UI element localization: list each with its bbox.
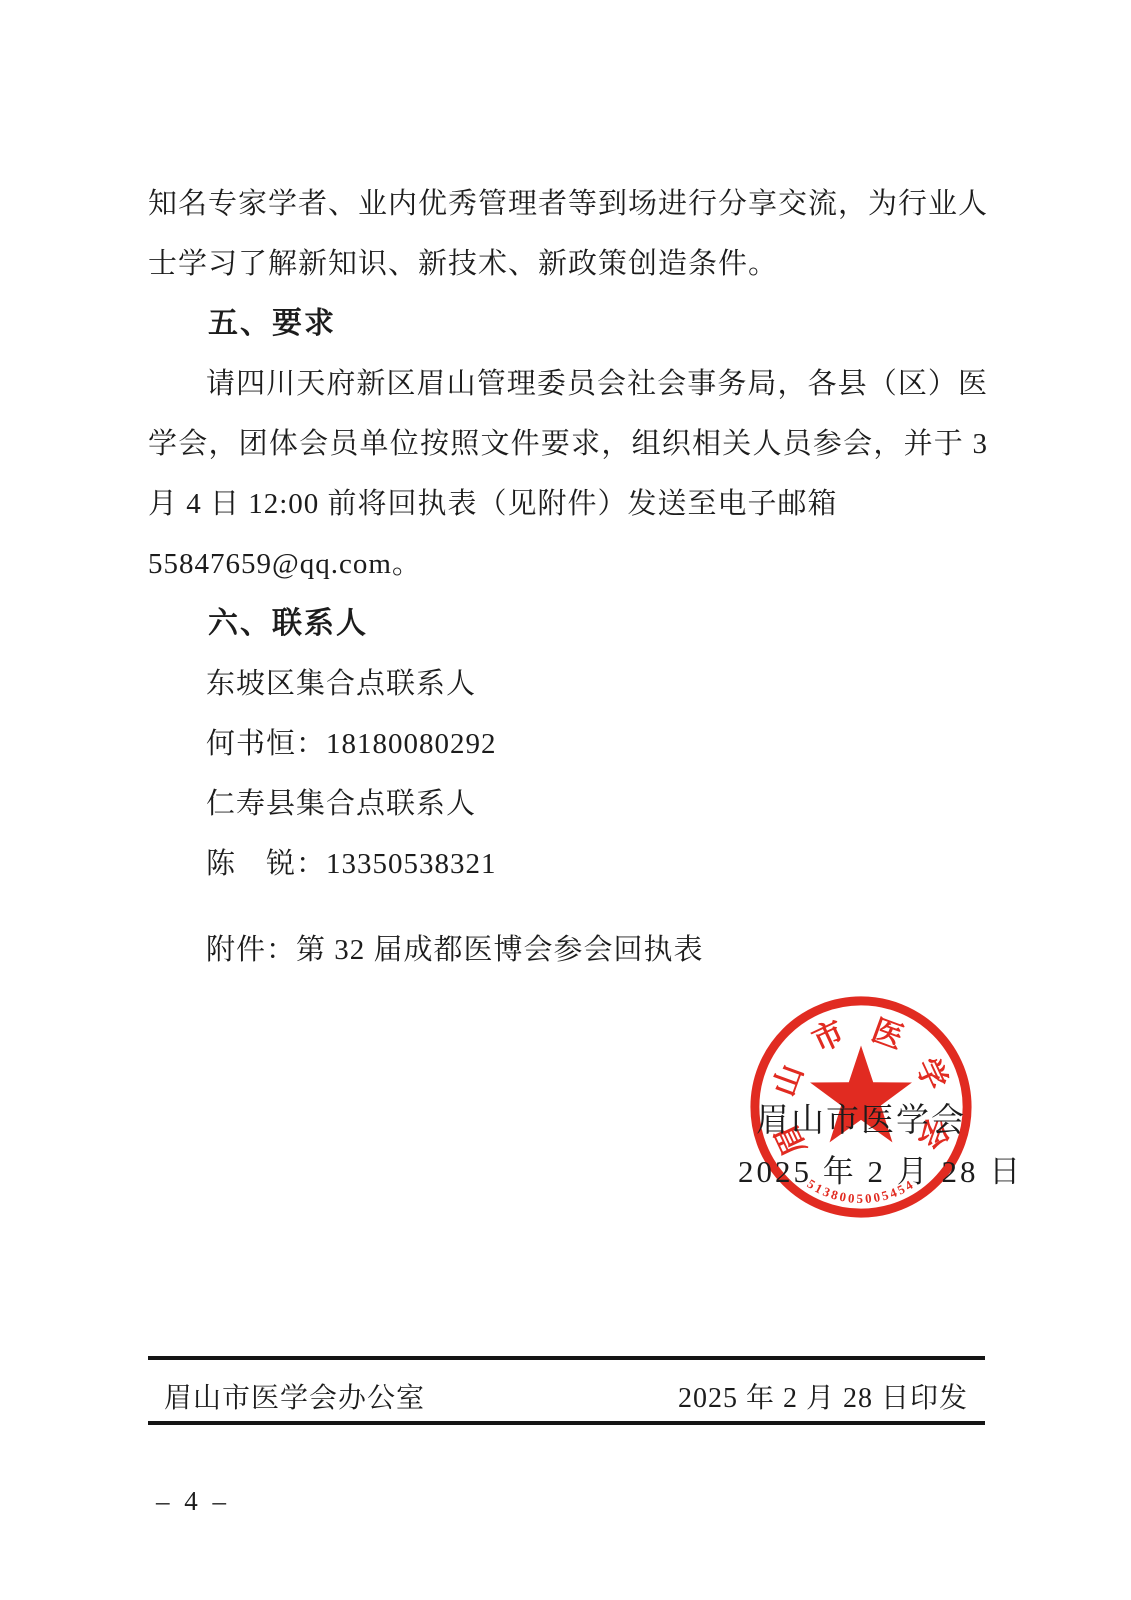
doc-line: 请四川天府新区眉山管理委员会社会事务局，各县（区）医 [148, 354, 988, 414]
document-page: { "colors": { "seal_red": "#e02318", "te… [0, 0, 1131, 1600]
signature-org: 眉山市医学会 [756, 1094, 966, 1141]
doc-line: 何书恒：18180080292 [148, 714, 988, 774]
svg-text:学: 学 [909, 1053, 953, 1095]
section-heading-6: 六、联系人 [148, 594, 988, 654]
svg-text:医: 医 [867, 1013, 908, 1055]
doc-line: 仁寿县集合点联系人 [148, 774, 988, 834]
doc-line: 55847659@qq.com。 [148, 534, 988, 594]
doc-line: 知名专家学者、业内优秀管理者等到场进行分享交流，为行业人 [148, 174, 988, 234]
footer-print-date: 2025 年 2 月 28 日印发 [678, 1376, 968, 1416]
doc-line: 学会，团体会员单位按照文件要求，组织相关人员参会，并于 3 [148, 414, 988, 474]
signature-date: 2025 年 2 月 28 日 [738, 1146, 1023, 1191]
footer: 眉山市医学会办公室 2025 年 2 月 28 日印发 [148, 1374, 968, 1418]
doc-line: 东坡区集合点联系人 [148, 654, 988, 714]
section-heading-5: 五、要求 [148, 294, 988, 354]
attachment-line: 附件：第 32 届成都医博会参会回执表 [148, 920, 988, 980]
svg-text:市: 市 [807, 1015, 849, 1059]
footer-rule-top [148, 1356, 985, 1360]
page-number: – 4 – [156, 1486, 230, 1517]
footer-rule-bottom [148, 1421, 985, 1425]
doc-line: 月 4 日 12:00 前将回执表（见附件）发送至电子邮箱 [148, 474, 988, 534]
doc-line: 陈 锐：13350538321 [148, 834, 988, 894]
document-body: 知名专家学者、业内优秀管理者等到场进行分享交流，为行业人 士学习了解新知识、新技… [148, 160, 988, 980]
footer-issuing-office: 眉山市医学会办公室 [148, 1376, 425, 1416]
doc-line: 士学习了解新知识、新技术、新政策创造条件。 [148, 234, 988, 294]
